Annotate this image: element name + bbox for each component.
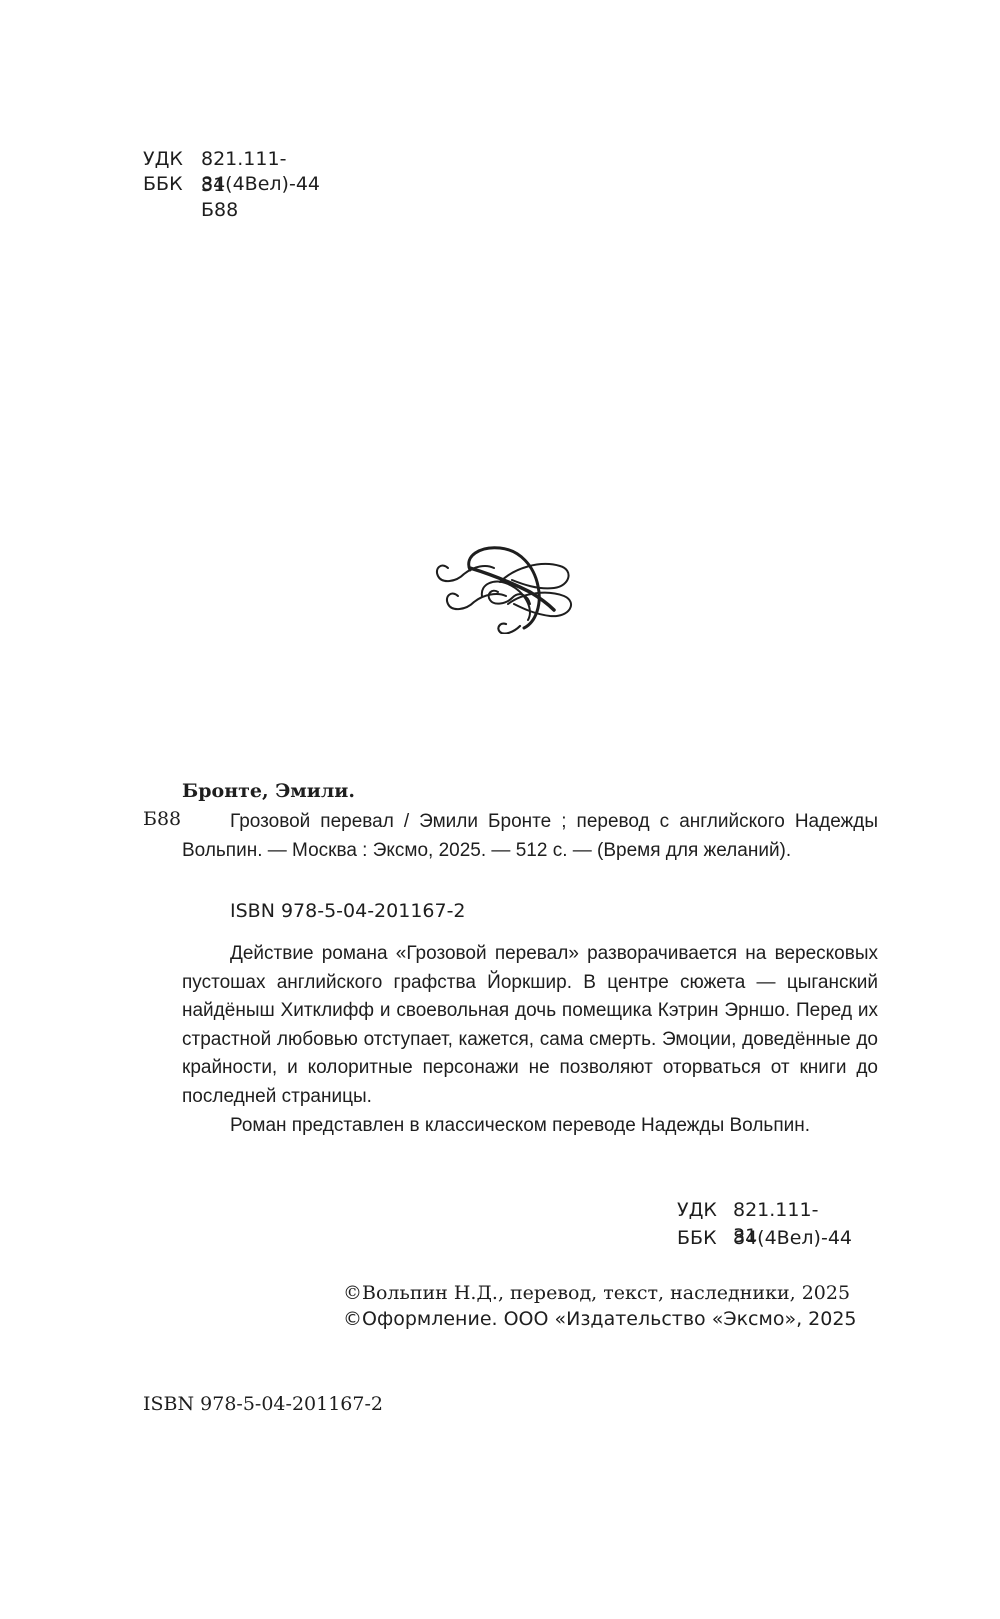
bbk-value: 84(4Вел)-44 [201, 171, 320, 197]
bibliographic-description: Грозовой перевал / Эмили Бронте ; перево… [182, 808, 878, 865]
author-mark: Б88 [201, 197, 238, 223]
annotation-paragraph: Роман представлен в классическом перевод… [182, 1112, 878, 1141]
flourish-ornament-icon [430, 538, 576, 634]
annotation: Действие романа «Грозовой перевал» разво… [182, 940, 878, 1140]
annotation-paragraph: Действие романа «Грозовой перевал» разво… [182, 940, 878, 1112]
author-heading: Бронте, Эмили. [182, 780, 355, 802]
udk-label: УДК [677, 1197, 717, 1223]
top-classification: УДК 821.111-31 ББК 84(4Вел)-44 Б88 [143, 146, 363, 226]
bbk-label: ББК [677, 1225, 717, 1251]
isbn-record: ISBN 978-5-04-201167-2 [230, 900, 466, 922]
bbk-value: 84(4Вел)-44 [733, 1225, 852, 1251]
udk-label: УДК [143, 146, 183, 172]
copyright-translation: ©Вольпин Н.Д., перевод, текст, наследник… [343, 1282, 850, 1304]
isbn-bottom: ISBN 978-5-04-201167-2 [143, 1393, 383, 1415]
copyright-design: ©Оформление. ООО «Издательство «Эксмо», … [343, 1308, 857, 1330]
bbk-label: ББК [143, 171, 183, 197]
author-mark-code: Б88 [143, 808, 181, 830]
bottom-classification: УДК 821.111-31 ББК 84(4Вел)-44 [677, 1197, 877, 1253]
